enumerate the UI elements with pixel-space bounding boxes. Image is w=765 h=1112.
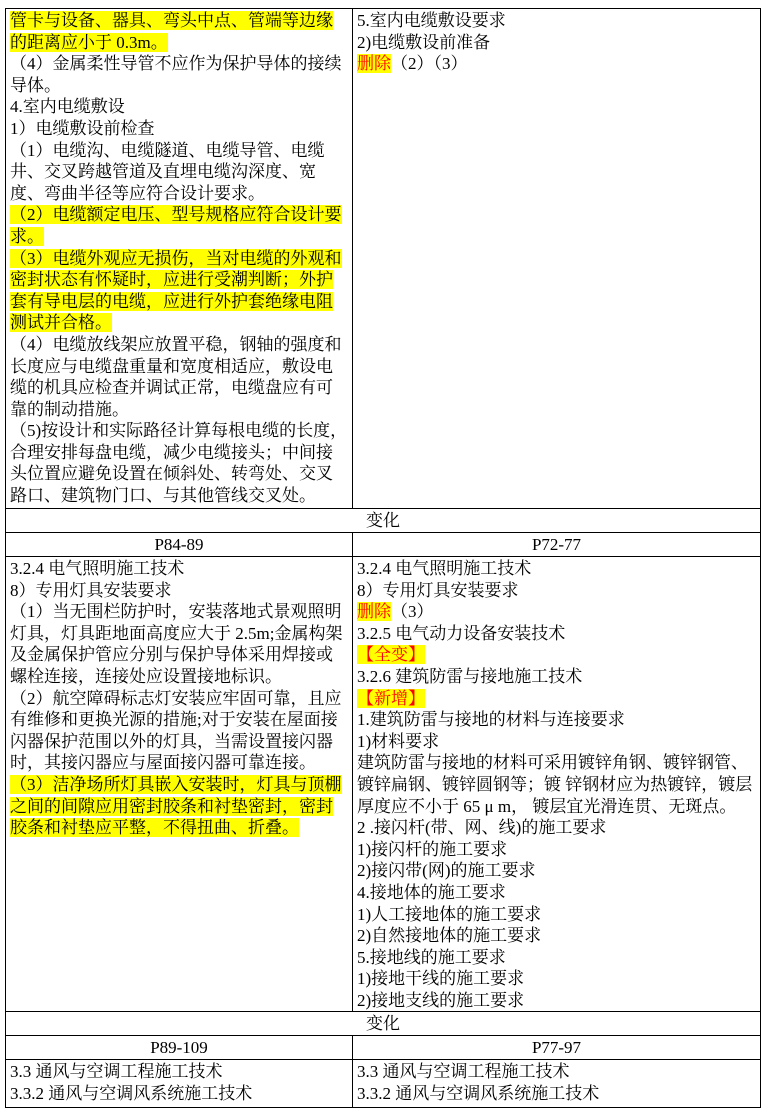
highlighted-text: 管卡与设备、器具、弯头中点、管端等边缘的距离应小于 0.3m。 (10, 11, 333, 52)
old-version-cell-lighting: 3.2.4 电气照明施工技术 8）专用灯具安装要求 （1）当无围栏防护时，安装落… (6, 557, 353, 1012)
paragraph: （2）电缆额定电压、型号规格应符合设计要求。 (10, 204, 349, 247)
paragraph: 1.建筑防雷与接地的材料与连接要求 (357, 709, 757, 731)
paragraph: 3.2.4 电气照明施工技术 (10, 558, 349, 580)
cell-content: 3.2.4 电气照明施工技术 8）专用灯具安装要求 删除（3） 3.2.5 电气… (357, 558, 757, 1010)
paragraph: 1)人工接地体的施工要求 (357, 904, 757, 926)
page-range-new-1: P72-77 (353, 533, 761, 557)
paragraph: 3.2.5 电气动力设备安装技术 (357, 623, 757, 645)
paragraph: 1)接闪杆的施工要求 (357, 839, 757, 861)
paragraph: 2)自然接地体的施工要求 (357, 925, 757, 947)
paragraph: 8）专用灯具安装要求 (357, 580, 757, 602)
paragraph: 2)接地支线的施工要求 (357, 990, 757, 1010)
page-range-old-2: P89-109 (6, 1036, 353, 1060)
paragraph: 3.3.2 通风与空调风系统施工技术 (10, 1083, 349, 1105)
paragraph: 2 .接闪杆(带、网、线)的施工要求 (357, 817, 757, 839)
paragraph: 1）电缆敷设前检查 (10, 118, 349, 140)
paragraph: 3.2.4 电气照明施工技术 (357, 558, 757, 580)
change-band-row: 变化 (6, 509, 761, 533)
paragraph: 删除（2）（3） (357, 53, 757, 75)
paragraph: 4.室内电缆敷设 (10, 96, 349, 118)
paragraph: （4）金属柔性导管不应作为保护导体的接续导体。 (10, 53, 349, 96)
highlighted-text: （2）电缆额定电压、型号规格应符合设计要求。 (10, 205, 342, 246)
cell-content: 5.室内电缆敷设要求 2)电缆敷设前准备 删除（2）（3） (357, 10, 757, 507)
change-band-row: 变化 (6, 1012, 761, 1036)
table-row-section1: 管卡与设备、器具、弯头中点、管端等边缘的距离应小于 0.3m。 （4）金属柔性导… (6, 9, 761, 509)
old-version-cell-hvac: 3.3 通风与空调工程施工技术 3.3.2 通风与空调风系统施工技术 (6, 1060, 353, 1108)
page-range-new-2: P77-97 (353, 1036, 761, 1060)
table-row-section3: 3.3 通风与空调工程施工技术 3.3.2 通风与空调风系统施工技术 3.3 通… (6, 1060, 761, 1108)
paragraph: 5.接地线的施工要求 (357, 947, 757, 969)
paragraph: 5.室内电缆敷设要求 (357, 10, 757, 32)
highlighted-text: （3）洁净场所灯具嵌入安装时，灯具与顶棚之间的间隙应用密封胶条和衬垫密封，密封胶… (10, 775, 342, 837)
new-version-cell-lighting: 3.2.4 电气照明施工技术 8）专用灯具安装要求 删除（3） 3.2.5 电气… (353, 557, 761, 1012)
paragraph: 3.2.6 建筑防雷与接地施工技术 (357, 666, 757, 688)
cell-content: 管卡与设备、器具、弯头中点、管端等边缘的距离应小于 0.3m。 （4）金属柔性导… (10, 10, 349, 507)
paragraph: 2)接闪带(网)的施工要求 (357, 860, 757, 882)
paragraph: 2)电缆敷设前准备 (357, 32, 757, 54)
new-content-tag: 【新增】 (357, 689, 425, 708)
paragraph: 8）专用灯具安装要求 (10, 580, 349, 602)
delete-target-text: （2）（3） (391, 54, 468, 73)
paragraph: 管卡与设备、器具、弯头中点、管端等边缘的距离应小于 0.3m。 (10, 10, 349, 53)
paragraph: 【全变】 (357, 644, 757, 666)
paragraph: 3.3 通风与空调工程施工技术 (10, 1061, 349, 1083)
paragraph: 【新增】 (357, 688, 757, 710)
paragraph: 3.3 通风与空调工程施工技术 (357, 1061, 757, 1083)
cell-content: 3.3 通风与空调工程施工技术 3.3.2 通风与空调风系统施工技术 (357, 1061, 757, 1106)
new-version-cell-cables: 5.室内电缆敷设要求 2)电缆敷设前准备 删除（2）（3） (353, 9, 761, 509)
cell-content: 3.3 通风与空调工程施工技术 3.3.2 通风与空调风系统施工技术 (10, 1061, 349, 1106)
paragraph: （4）电缆放线架应放置平稳，钢轴的强度和长度应与电缆盘重量和宽度相适应，敷设电缆… (10, 334, 349, 420)
page-range-row-1: P84-89 P72-77 (6, 533, 761, 557)
change-band-label: 变化 (6, 1012, 761, 1036)
paragraph: （2）航空障碍标志灯安装应牢固可靠，且应有维修和更换光源的措施;对于安装在屋面接… (10, 688, 349, 774)
paragraph: （1）电缆沟、电缆隧道、电缆导管、电缆井、交叉跨越管道及直埋电缆沟深度、宽度、弯… (10, 140, 349, 205)
paragraph: 3.3.2 通风与空调风系统施工技术 (357, 1083, 757, 1105)
paragraph: 4.接地体的施工要求 (357, 882, 757, 904)
change-band-label: 变化 (6, 509, 761, 533)
delete-tag: 删除 (357, 602, 391, 621)
paragraph: （1）当无围栏防护时，安装落地式景观照明灯具，灯具距地面高度应大于 2.5m;金… (10, 601, 349, 687)
paragraph: 1)接地干线的施工要求 (357, 968, 757, 990)
revision-comparison-table: 管卡与设备、器具、弯头中点、管端等边缘的距离应小于 0.3m。 （4）金属柔性导… (5, 8, 761, 1108)
paragraph: （3）洁净场所灯具嵌入安装时，灯具与顶棚之间的间隙应用密封胶条和衬垫密封，密封胶… (10, 774, 349, 839)
paragraph: 建筑防雷与接地的材料可采用镀锌角钢、镀锌钢管、镀锌扁钢、镀锌圆钢等；镀 锌钢材应… (357, 752, 757, 817)
old-version-cell-cables: 管卡与设备、器具、弯头中点、管端等边缘的距离应小于 0.3m。 （4）金属柔性导… (6, 9, 353, 509)
table-row-section2: 3.2.4 电气照明施工技术 8）专用灯具安装要求 （1）当无围栏防护时，安装落… (6, 557, 761, 1012)
page-range-old-1: P84-89 (6, 533, 353, 557)
delete-target-text: （3） (391, 602, 434, 621)
page-range-row-2: P89-109 P77-97 (6, 1036, 761, 1060)
delete-tag: 删除 (357, 54, 391, 73)
document-page: 管卡与设备、器具、弯头中点、管端等边缘的距离应小于 0.3m。 （4）金属柔性导… (0, 0, 765, 1112)
paragraph: （3）电缆外观应无损伤，当对电缆的外观和密封状态有怀疑时，应进行受潮判断；外护套… (10, 248, 349, 334)
full-change-tag: 【全变】 (357, 645, 425, 664)
paragraph: （5)按设计和实际路径计算每根电缆的长度，合理安排每盘电缆，减少电缆接头；中间接… (10, 420, 349, 506)
highlighted-text: （3）电缆外观应无损伤，当对电缆的外观和密封状态有怀疑时，应进行受潮判断；外护套… (10, 249, 342, 333)
paragraph: 1)材料要求 (357, 731, 757, 753)
cell-content: 3.2.4 电气照明施工技术 8）专用灯具安装要求 （1）当无围栏防护时，安装落… (10, 558, 349, 1010)
new-version-cell-hvac: 3.3 通风与空调工程施工技术 3.3.2 通风与空调风系统施工技术 (353, 1060, 761, 1108)
paragraph: 删除（3） (357, 601, 757, 623)
